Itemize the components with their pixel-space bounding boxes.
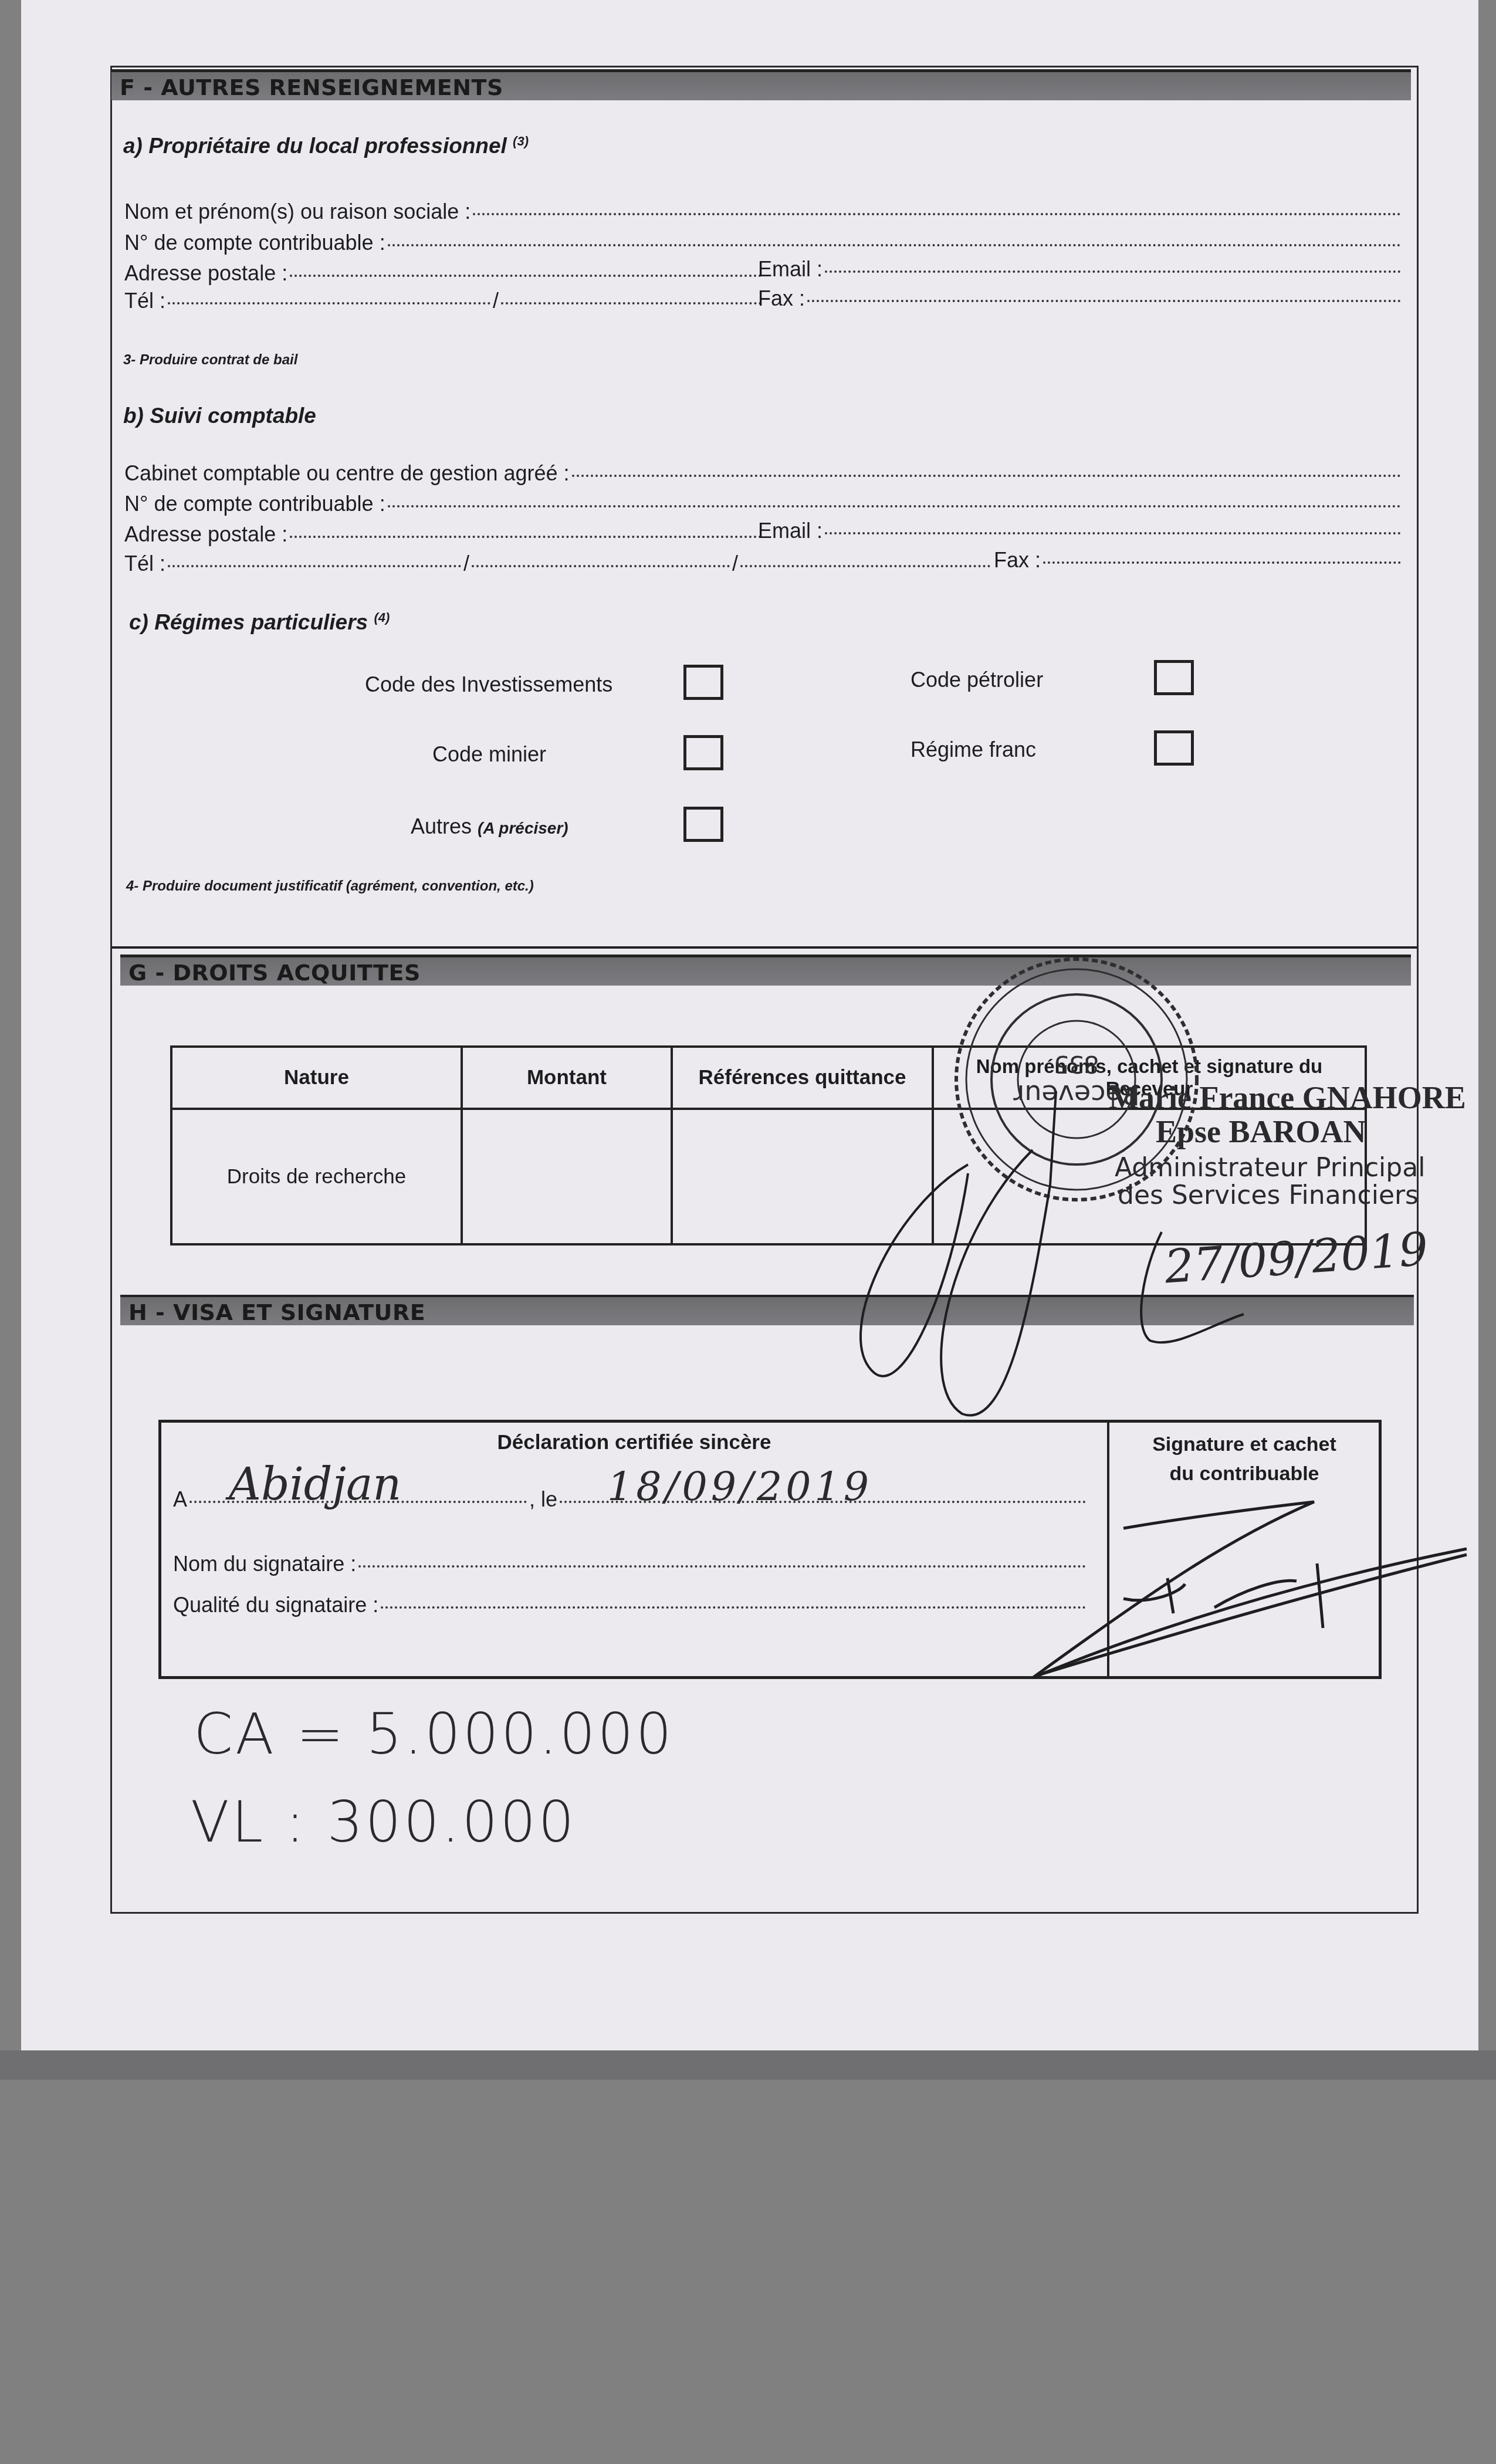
field-label: Fax : (758, 286, 805, 311)
comptable-cabinet-field[interactable]: Cabinet comptable ou centre de gestion a… (124, 461, 1403, 486)
fill-line[interactable] (358, 1565, 1086, 1568)
fill-line[interactable] (472, 565, 730, 567)
footnote-ref-4: (4) (374, 610, 390, 625)
fill-line[interactable] (501, 302, 761, 304)
handwritten-note-ca: CA = 5.000.000 (194, 1701, 674, 1767)
fill-line[interactable] (807, 300, 1401, 302)
separator: / (463, 551, 469, 576)
section-divider (111, 946, 1417, 949)
field-label: N° de compte contribuable : (124, 231, 385, 255)
signature-label-line1: Signature et cachet (1109, 1430, 1379, 1459)
signature-cachet-label: Signature et cachet du contribuable (1109, 1430, 1379, 1488)
cell-nature: Droits de recherche (171, 1109, 462, 1244)
proprietaire-compte-field[interactable]: N° de compte contribuable : (124, 231, 1403, 255)
subsection-a-title: a) Propriétaire du local professionnel (… (123, 134, 529, 158)
regime-code-petrolier-checkbox[interactable] (1154, 660, 1194, 695)
footnote-ref-3: (3) (513, 134, 529, 148)
receveur-title-line2: des Services Financiers (1118, 1180, 1419, 1210)
field-label: Nom du signataire : (173, 1552, 356, 1576)
note-ca-sep: = (296, 1701, 346, 1767)
handwritten-date: 18/09/2019 (607, 1464, 872, 1510)
section-h-title: H - VISA ET SIGNATURE (128, 1299, 425, 1325)
separator: / (493, 289, 499, 313)
regime-franc-checkbox[interactable] (1154, 730, 1194, 766)
regime-autres-text: Autres (411, 814, 472, 838)
fill-line[interactable] (1043, 561, 1401, 564)
regime-code-investissements-label: Code des Investissements (365, 672, 612, 697)
fill-line[interactable] (825, 532, 1401, 534)
field-label: Cabinet comptable ou centre de gestion a… (124, 461, 570, 486)
proprietaire-nom-field[interactable]: Nom et prénom(s) ou raison sociale : (124, 199, 1403, 224)
signataire-nom-field[interactable]: Nom du signataire : (173, 1552, 1088, 1576)
signataire-qualite-field[interactable]: Qualité du signataire : (173, 1593, 1088, 1617)
regime-code-minier-label: Code minier (432, 742, 546, 767)
date-label: , le (529, 1487, 557, 1512)
field-label: Fax : (994, 548, 1041, 573)
fill-line[interactable] (388, 505, 1401, 507)
field-label: N° de compte contribuable : (124, 492, 385, 516)
field-label: Tél : (124, 551, 165, 576)
fill-line[interactable] (168, 565, 461, 567)
note-vl-value: 300.000 (327, 1789, 577, 1855)
comptable-email-field[interactable]: Email : (758, 519, 1403, 543)
section-g-title: G - DROITS ACQUITTES (128, 960, 421, 986)
col-nature: Nature (171, 1047, 462, 1109)
subsection-c-title-text: c) Régimes particuliers (129, 610, 368, 634)
note-3: 3- Produire contrat de bail (123, 352, 297, 368)
regime-autres-checkbox[interactable] (683, 807, 723, 842)
field-label: Qualité du signataire : (173, 1593, 378, 1617)
field-label: Email : (758, 257, 823, 282)
fill-line[interactable] (825, 270, 1401, 273)
section-f-header: F - AUTRES RENSEIGNEMENTS (111, 69, 1411, 100)
note-vl-sep: : (286, 1789, 307, 1855)
proprietaire-email-field[interactable]: Email : (758, 257, 1403, 282)
cell-references[interactable] (672, 1109, 933, 1244)
subsection-b-title: b) Suivi comptable (123, 404, 316, 428)
regime-code-minier-checkbox[interactable] (683, 735, 723, 770)
subsection-a-title-text: a) Propriétaire du local professionnel (123, 134, 507, 158)
signature-label-line2: du contribuable (1109, 1459, 1379, 1488)
receveur-name-line1: Marie France GNAHORE (1109, 1079, 1466, 1116)
proprietaire-adresse-field[interactable]: Adresse postale : (124, 261, 764, 286)
fill-line[interactable] (473, 213, 1401, 215)
regime-autres-label: Autres (A préciser) (411, 814, 568, 839)
field-label: Email : (758, 519, 823, 543)
place-label: A (173, 1487, 187, 1512)
handwritten-place: Abidjan (229, 1458, 401, 1510)
note-ca-label: CA (194, 1701, 276, 1767)
handwritten-note-vl: VL : 300.000 (191, 1789, 577, 1855)
section-f-title: F - AUTRES RENSEIGNEMENTS (120, 75, 503, 100)
note-vl-label: VL (191, 1789, 265, 1855)
fill-line[interactable] (572, 475, 1402, 477)
fill-line[interactable] (388, 244, 1401, 246)
fill-line[interactable] (290, 275, 761, 277)
comptable-adresse-field[interactable]: Adresse postale : (124, 522, 764, 547)
receveur-name-line2: Epse BAROAN (1156, 1113, 1366, 1150)
regime-code-investissements-checkbox[interactable] (683, 665, 723, 700)
comptable-compte-field[interactable]: N° de compte contribuable : (124, 492, 1403, 516)
col-references: Références quittance (672, 1047, 933, 1109)
subsection-c-title: c) Régimes particuliers (4) (129, 610, 390, 635)
section-h-header: H - VISA ET SIGNATURE (120, 1295, 1414, 1325)
separator: / (732, 551, 738, 576)
comptable-tel-field[interactable]: Tél :// (124, 551, 993, 576)
proprietaire-fax-field[interactable]: Fax : (758, 286, 1403, 311)
scanner-shadow-band (0, 2050, 1496, 2080)
field-label: Adresse postale : (124, 522, 287, 547)
note-4: 4- Produire document justificatif (agrém… (126, 878, 534, 895)
field-label: Nom et prénom(s) ou raison sociale : (124, 199, 471, 224)
declaration-title: Déclaration certifiée sincère (161, 1431, 1107, 1454)
note-ca-value: 5.000.000 (366, 1701, 674, 1767)
section-g-header: G - DROITS ACQUITTES (120, 955, 1411, 986)
receveur-title-line1: Administrateur Principal (1115, 1153, 1425, 1183)
fill-line[interactable] (740, 565, 990, 567)
col-montant: Montant (462, 1047, 672, 1109)
visa-signature-box: Déclaration certifiée sincère A , le Abi… (158, 1420, 1382, 1679)
comptable-fax-field[interactable]: Fax : (994, 548, 1403, 573)
regime-autres-hint: (A préciser) (478, 819, 568, 837)
regime-franc-label: Régime franc (911, 737, 1036, 762)
fill-line[interactable] (381, 1606, 1086, 1609)
field-label: Tél : (124, 289, 165, 313)
fill-line[interactable] (290, 536, 761, 538)
fill-line[interactable] (168, 302, 490, 304)
proprietaire-tel-field[interactable]: Tél :/ (124, 289, 764, 313)
cell-montant[interactable] (462, 1109, 672, 1244)
regime-code-petrolier-label: Code pétrolier (911, 668, 1043, 692)
field-label: Adresse postale : (124, 261, 287, 286)
